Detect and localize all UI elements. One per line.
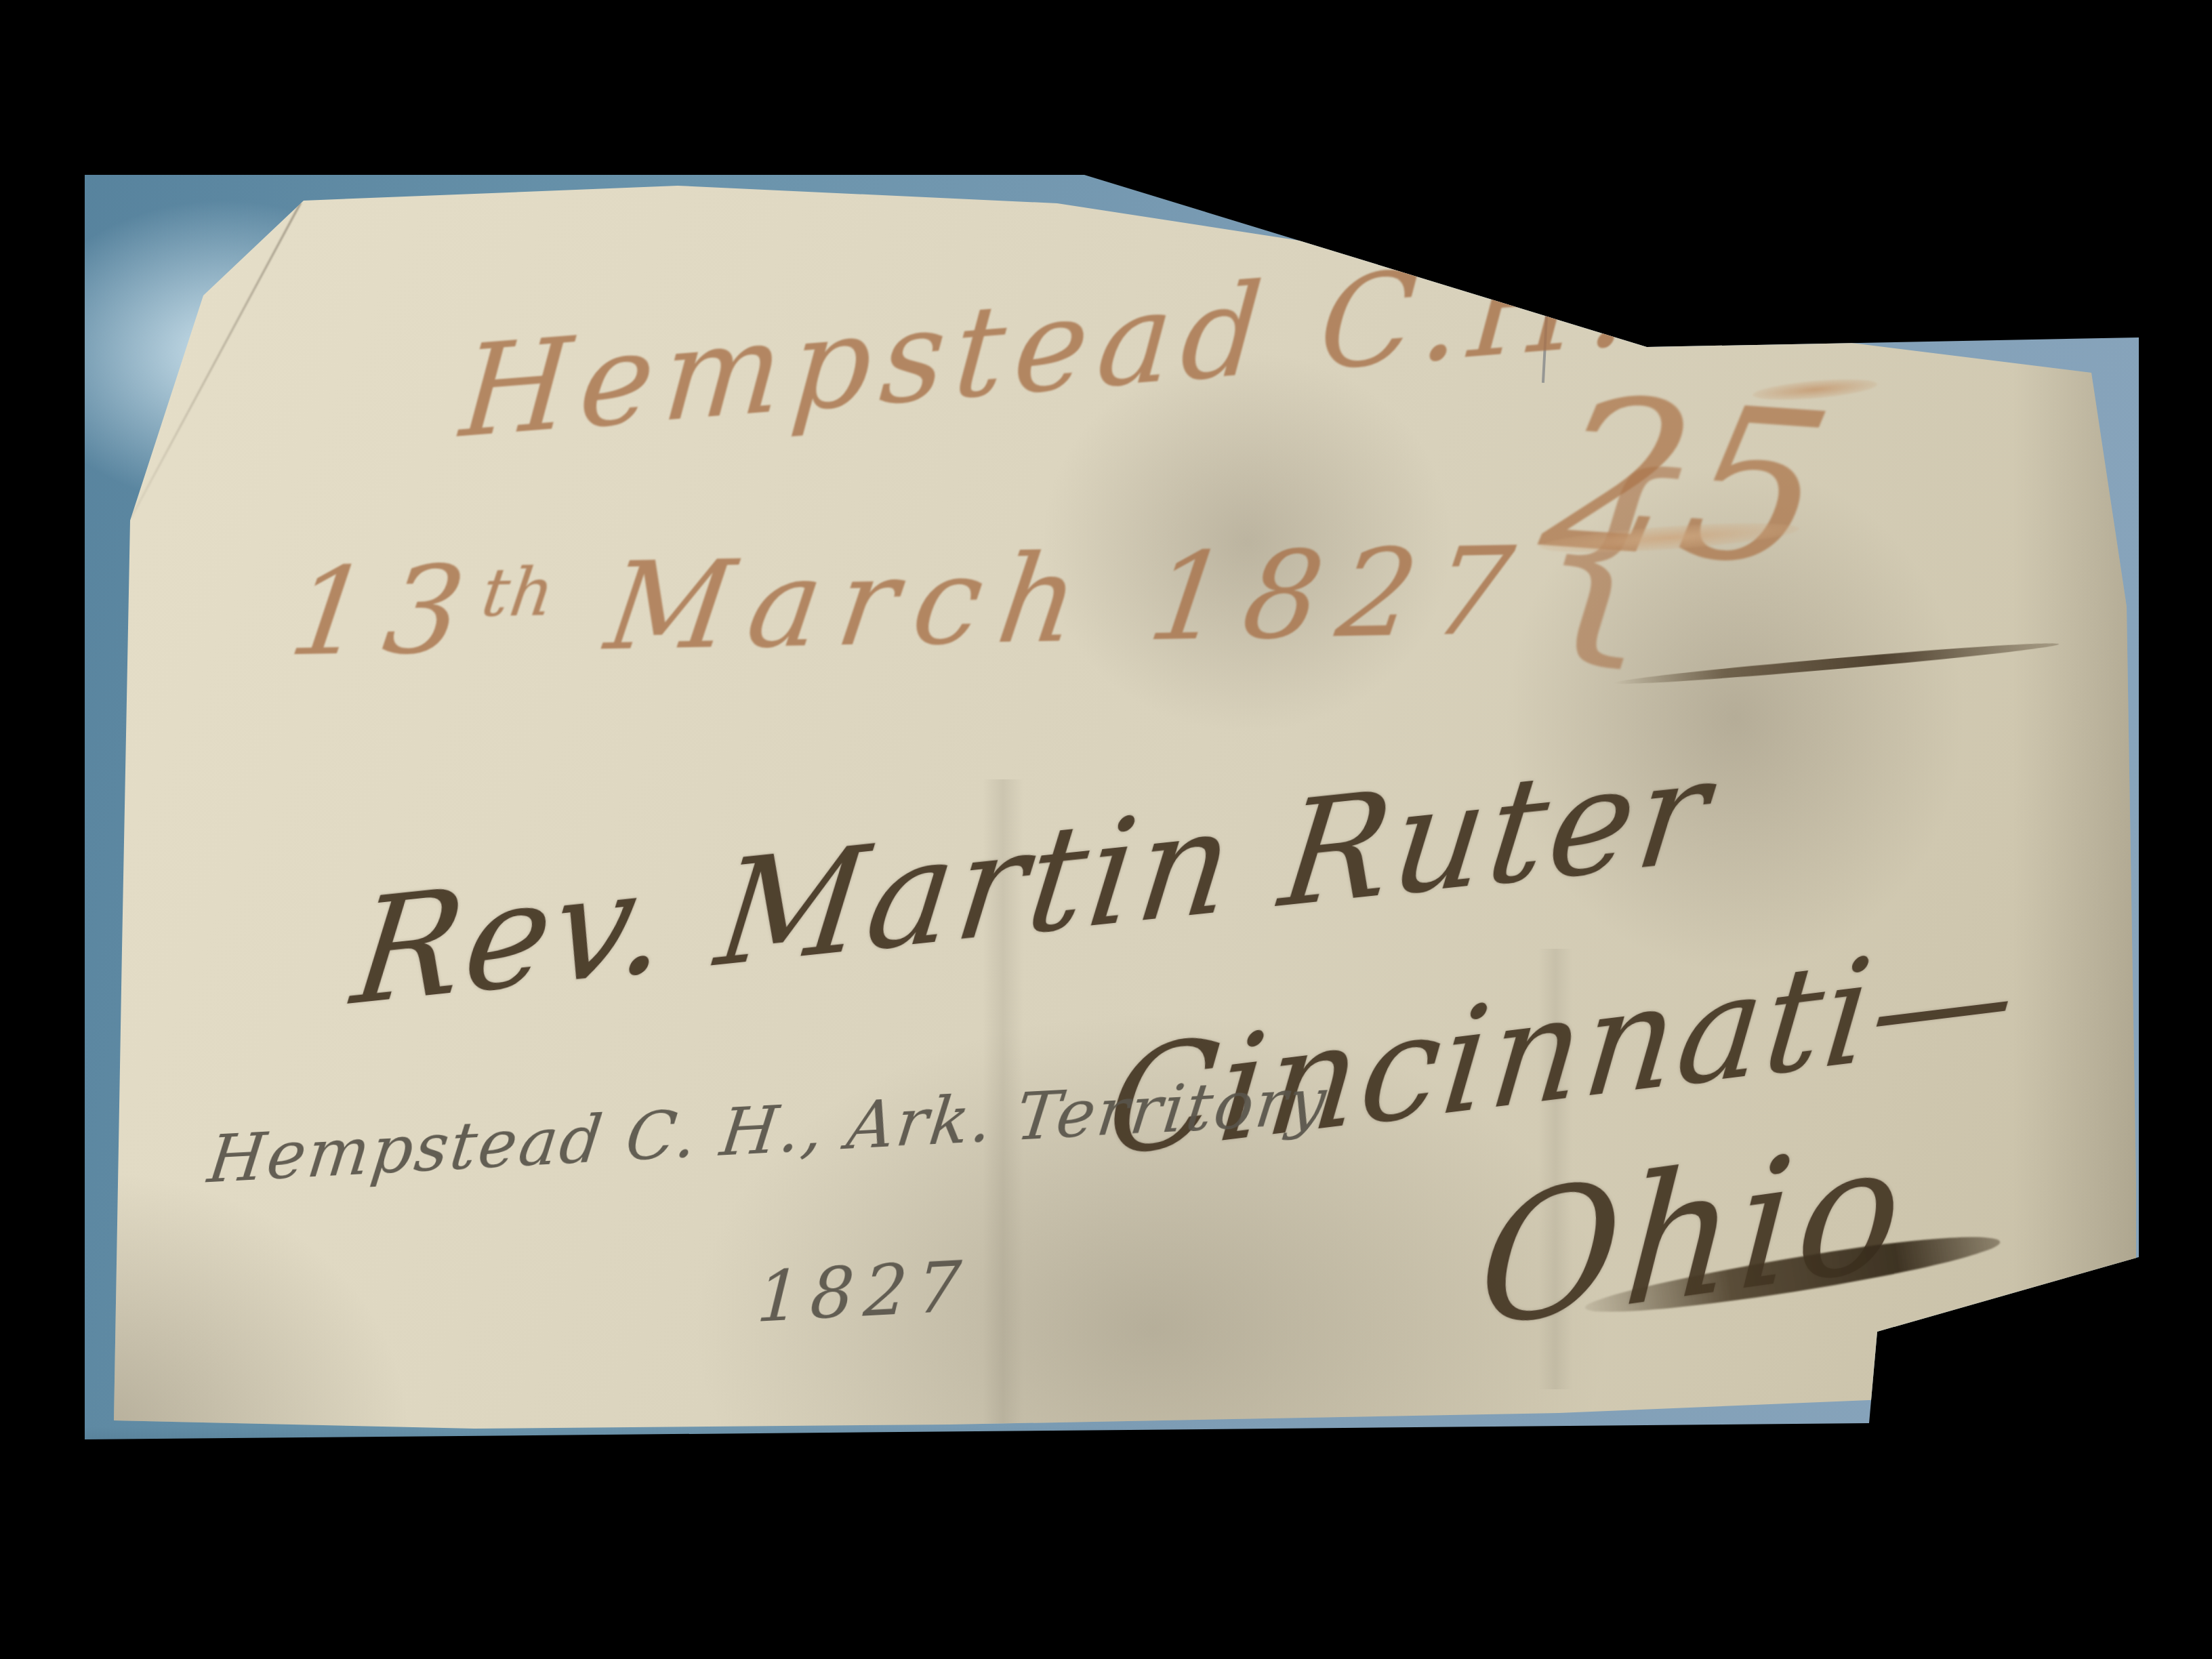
- recipient-name-flourish: [1613, 638, 2060, 688]
- corner-fold-crease: [130, 203, 302, 518]
- postmark-day: 13: [282, 539, 491, 682]
- postmark-day-ordinal: th: [477, 554, 560, 632]
- photograph-of-stampless-cover: Hempstead C.H. A.T. 13th March 1827 { 25…: [0, 0, 2212, 1659]
- manuscript-postmark-date: 13th March 1827: [282, 520, 1538, 682]
- letter-cover: Hempstead C.H. A.T. 13th March 1827 { 25…: [0, 0, 2212, 1659]
- archival-note-year: 1827: [755, 1246, 972, 1338]
- photo-mat: Hempstead C.H. A.T. 13th March 1827 { 25…: [0, 0, 2212, 1659]
- postmark-month-year: March 1827: [543, 520, 1538, 678]
